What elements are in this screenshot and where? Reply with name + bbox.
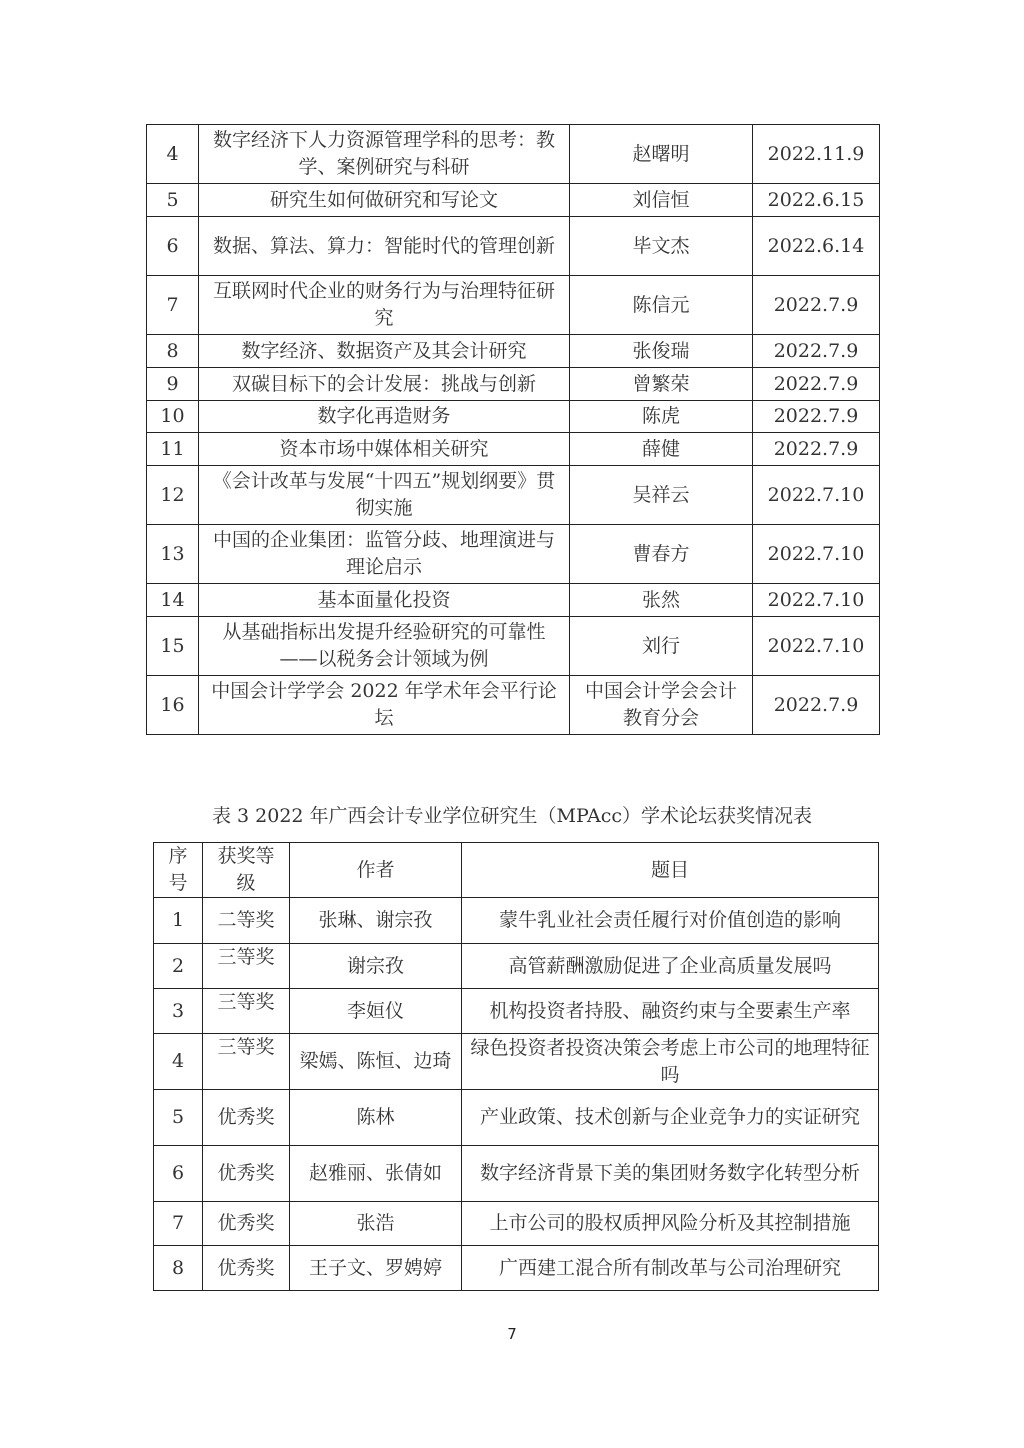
award-level: 优秀奖: [203, 1090, 290, 1146]
row-number: 1: [154, 898, 203, 944]
award-level: 优秀奖: [203, 1146, 290, 1202]
table-row: 7 优秀奖 张浩 上市公司的股权质押风险分析及其控制措施: [154, 1202, 879, 1246]
paper-title: 机构投资者持股、融资约束与全要素生产率: [462, 989, 879, 1034]
row-number: 15: [147, 617, 199, 676]
lecture-title: 从基础指标出发提升经验研究的可靠性——以税务会计领域为例: [199, 617, 570, 676]
row-number: 5: [147, 184, 199, 217]
speaker: 毕文杰: [570, 217, 753, 276]
header-level: 获奖等级: [203, 843, 290, 898]
row-number: 3: [154, 989, 203, 1034]
page-number: 7: [0, 1325, 1024, 1343]
table-row: 4 三等奖 梁嫣、陈恒、边琦 绿色投资者投资决策会考虑上市公司的地理特征吗: [154, 1034, 879, 1090]
lecture-title: 基本面量化投资: [199, 584, 570, 617]
lecture-title: 中国会计学学会 2022 年学术年会平行论坛: [199, 676, 570, 735]
row-number: 9: [147, 368, 199, 401]
lecture-table: 4 数字经济下人力资源管理学科的思考：教学、案例研究与科研 赵曙明 2022.1…: [146, 124, 880, 735]
row-number: 13: [147, 525, 199, 584]
lecture-title: 研究生如何做研究和写论文: [199, 184, 570, 217]
speaker: 陈虎: [570, 401, 753, 433]
lecture-title: 资本市场中媒体相关研究: [199, 433, 570, 466]
table-row: 7 互联网时代企业的财务行为与治理特征研究 陈信元 2022.7.9: [147, 276, 880, 335]
table-row: 11 资本市场中媒体相关研究 薛健 2022.7.9: [147, 433, 880, 466]
speaker: 张然: [570, 584, 753, 617]
row-number: 14: [147, 584, 199, 617]
paper-title: 广西建工混合所有制改革与公司治理研究: [462, 1246, 879, 1291]
lecture-title: 中国的企业集团：监管分歧、地理演进与理论启示: [199, 525, 570, 584]
table-row: 16 中国会计学学会 2022 年学术年会平行论坛 中国会计学会会计教育分会 2…: [147, 676, 880, 735]
table-row: 3 三等奖 李姮仪 机构投资者持股、融资约束与全要素生产率: [154, 989, 879, 1034]
table-caption: 表 3 2022 年广西会计专业学位研究生（MPAcc）学术论坛获奖情况表: [0, 801, 1024, 828]
award-table: 序号 获奖等级 作者 题目 1 二等奖 张琳、谢宗孜 蒙牛乳业社会责任履行对价值…: [153, 842, 879, 1291]
row-number: 6: [147, 217, 199, 276]
table-row: 13 中国的企业集团：监管分歧、地理演进与理论启示 曹春方 2022.7.10: [147, 525, 880, 584]
award-level: 三等奖: [203, 989, 290, 1034]
table-row: 4 数字经济下人力资源管理学科的思考：教学、案例研究与科研 赵曙明 2022.1…: [147, 125, 880, 184]
table-row: 10 数字化再造财务 陈虎 2022.7.9: [147, 401, 880, 433]
speaker: 中国会计学会会计教育分会: [570, 676, 753, 735]
row-number: 4: [147, 125, 199, 184]
date: 2022.7.9: [753, 676, 880, 735]
date: 2022.6.15: [753, 184, 880, 217]
paper-title: 高管薪酬激励促进了企业高质量发展吗: [462, 944, 879, 989]
lecture-title: 双碳目标下的会计发展：挑战与创新: [199, 368, 570, 401]
table-row: 2 三等奖 谢宗孜 高管薪酬激励促进了企业高质量发展吗: [154, 944, 879, 989]
speaker: 曹春方: [570, 525, 753, 584]
row-number: 7: [154, 1202, 203, 1246]
author: 李姮仪: [290, 989, 462, 1034]
date: 2022.7.9: [753, 433, 880, 466]
author: 王子文、罗娉婷: [290, 1246, 462, 1291]
row-number: 4: [154, 1034, 203, 1090]
table-row: 15 从基础指标出发提升经验研究的可靠性——以税务会计领域为例 刘行 2022.…: [147, 617, 880, 676]
speaker: 曾繁荣: [570, 368, 753, 401]
date: 2022.7.10: [753, 584, 880, 617]
table-row: 6 数据、算法、算力：智能时代的管理创新 毕文杰 2022.6.14: [147, 217, 880, 276]
lecture-title: 互联网时代企业的财务行为与治理特征研究: [199, 276, 570, 335]
author: 张浩: [290, 1202, 462, 1246]
award-level: 三等奖: [203, 1034, 290, 1090]
date: 2022.11.9: [753, 125, 880, 184]
header-title: 题目: [462, 843, 879, 898]
lecture-title: 数字经济、数据资产及其会计研究: [199, 335, 570, 368]
header-row: 序号 获奖等级 作者 题目: [154, 843, 879, 898]
speaker: 赵曙明: [570, 125, 753, 184]
row-number: 8: [154, 1246, 203, 1291]
table-row: 5 优秀奖 陈林 产业政策、技术创新与企业竞争力的实证研究: [154, 1090, 879, 1146]
speaker: 刘信恒: [570, 184, 753, 217]
speaker: 张俊瑞: [570, 335, 753, 368]
paper-title: 上市公司的股权质押风险分析及其控制措施: [462, 1202, 879, 1246]
row-number: 7: [147, 276, 199, 335]
author: 张琳、谢宗孜: [290, 898, 462, 944]
table-row: 8 优秀奖 王子文、罗娉婷 广西建工混合所有制改革与公司治理研究: [154, 1246, 879, 1291]
speaker: 吴祥云: [570, 466, 753, 525]
date: 2022.6.14: [753, 217, 880, 276]
date: 2022.7.9: [753, 368, 880, 401]
date: 2022.7.10: [753, 466, 880, 525]
award-level: 三等奖: [203, 944, 290, 989]
author: 陈林: [290, 1090, 462, 1146]
paper-title: 蒙牛乳业社会责任履行对价值创造的影响: [462, 898, 879, 944]
row-number: 10: [147, 401, 199, 433]
row-number: 16: [147, 676, 199, 735]
row-number: 6: [154, 1146, 203, 1202]
date: 2022.7.9: [753, 335, 880, 368]
award-level: 二等奖: [203, 898, 290, 944]
lecture-title: 数据、算法、算力：智能时代的管理创新: [199, 217, 570, 276]
row-number: 2: [154, 944, 203, 989]
author: 谢宗孜: [290, 944, 462, 989]
header-author: 作者: [290, 843, 462, 898]
award-level: 优秀奖: [203, 1202, 290, 1246]
table-row: 6 优秀奖 赵雅丽、张倩如 数字经济背景下美的集团财务数字化转型分析: [154, 1146, 879, 1202]
table-row: 8 数字经济、数据资产及其会计研究 张俊瑞 2022.7.9: [147, 335, 880, 368]
table-row: 1 二等奖 张琳、谢宗孜 蒙牛乳业社会责任履行对价值创造的影响: [154, 898, 879, 944]
table-row: 14 基本面量化投资 张然 2022.7.10: [147, 584, 880, 617]
header-number: 序号: [154, 843, 203, 898]
date: 2022.7.10: [753, 617, 880, 676]
lecture-title: 数字化再造财务: [199, 401, 570, 433]
table-row: 12 《会计改革与发展“十四五”规划纲要》贯彻实施 吴祥云 2022.7.10: [147, 466, 880, 525]
row-number: 5: [154, 1090, 203, 1146]
row-number: 12: [147, 466, 199, 525]
paper-title: 数字经济背景下美的集团财务数字化转型分析: [462, 1146, 879, 1202]
table-row: 9 双碳目标下的会计发展：挑战与创新 曾繁荣 2022.7.9: [147, 368, 880, 401]
author: 梁嫣、陈恒、边琦: [290, 1034, 462, 1090]
speaker: 陈信元: [570, 276, 753, 335]
row-number: 8: [147, 335, 199, 368]
date: 2022.7.9: [753, 276, 880, 335]
author: 赵雅丽、张倩如: [290, 1146, 462, 1202]
paper-title: 产业政策、技术创新与企业竞争力的实证研究: [462, 1090, 879, 1146]
lecture-title: 《会计改革与发展“十四五”规划纲要》贯彻实施: [199, 466, 570, 525]
date: 2022.7.9: [753, 401, 880, 433]
speaker: 薛健: [570, 433, 753, 466]
paper-title: 绿色投资者投资决策会考虑上市公司的地理特征吗: [462, 1034, 879, 1090]
speaker: 刘行: [570, 617, 753, 676]
row-number: 11: [147, 433, 199, 466]
lecture-title: 数字经济下人力资源管理学科的思考：教学、案例研究与科研: [199, 125, 570, 184]
award-level: 优秀奖: [203, 1246, 290, 1291]
date: 2022.7.10: [753, 525, 880, 584]
table-row: 5 研究生如何做研究和写论文 刘信恒 2022.6.15: [147, 184, 880, 217]
